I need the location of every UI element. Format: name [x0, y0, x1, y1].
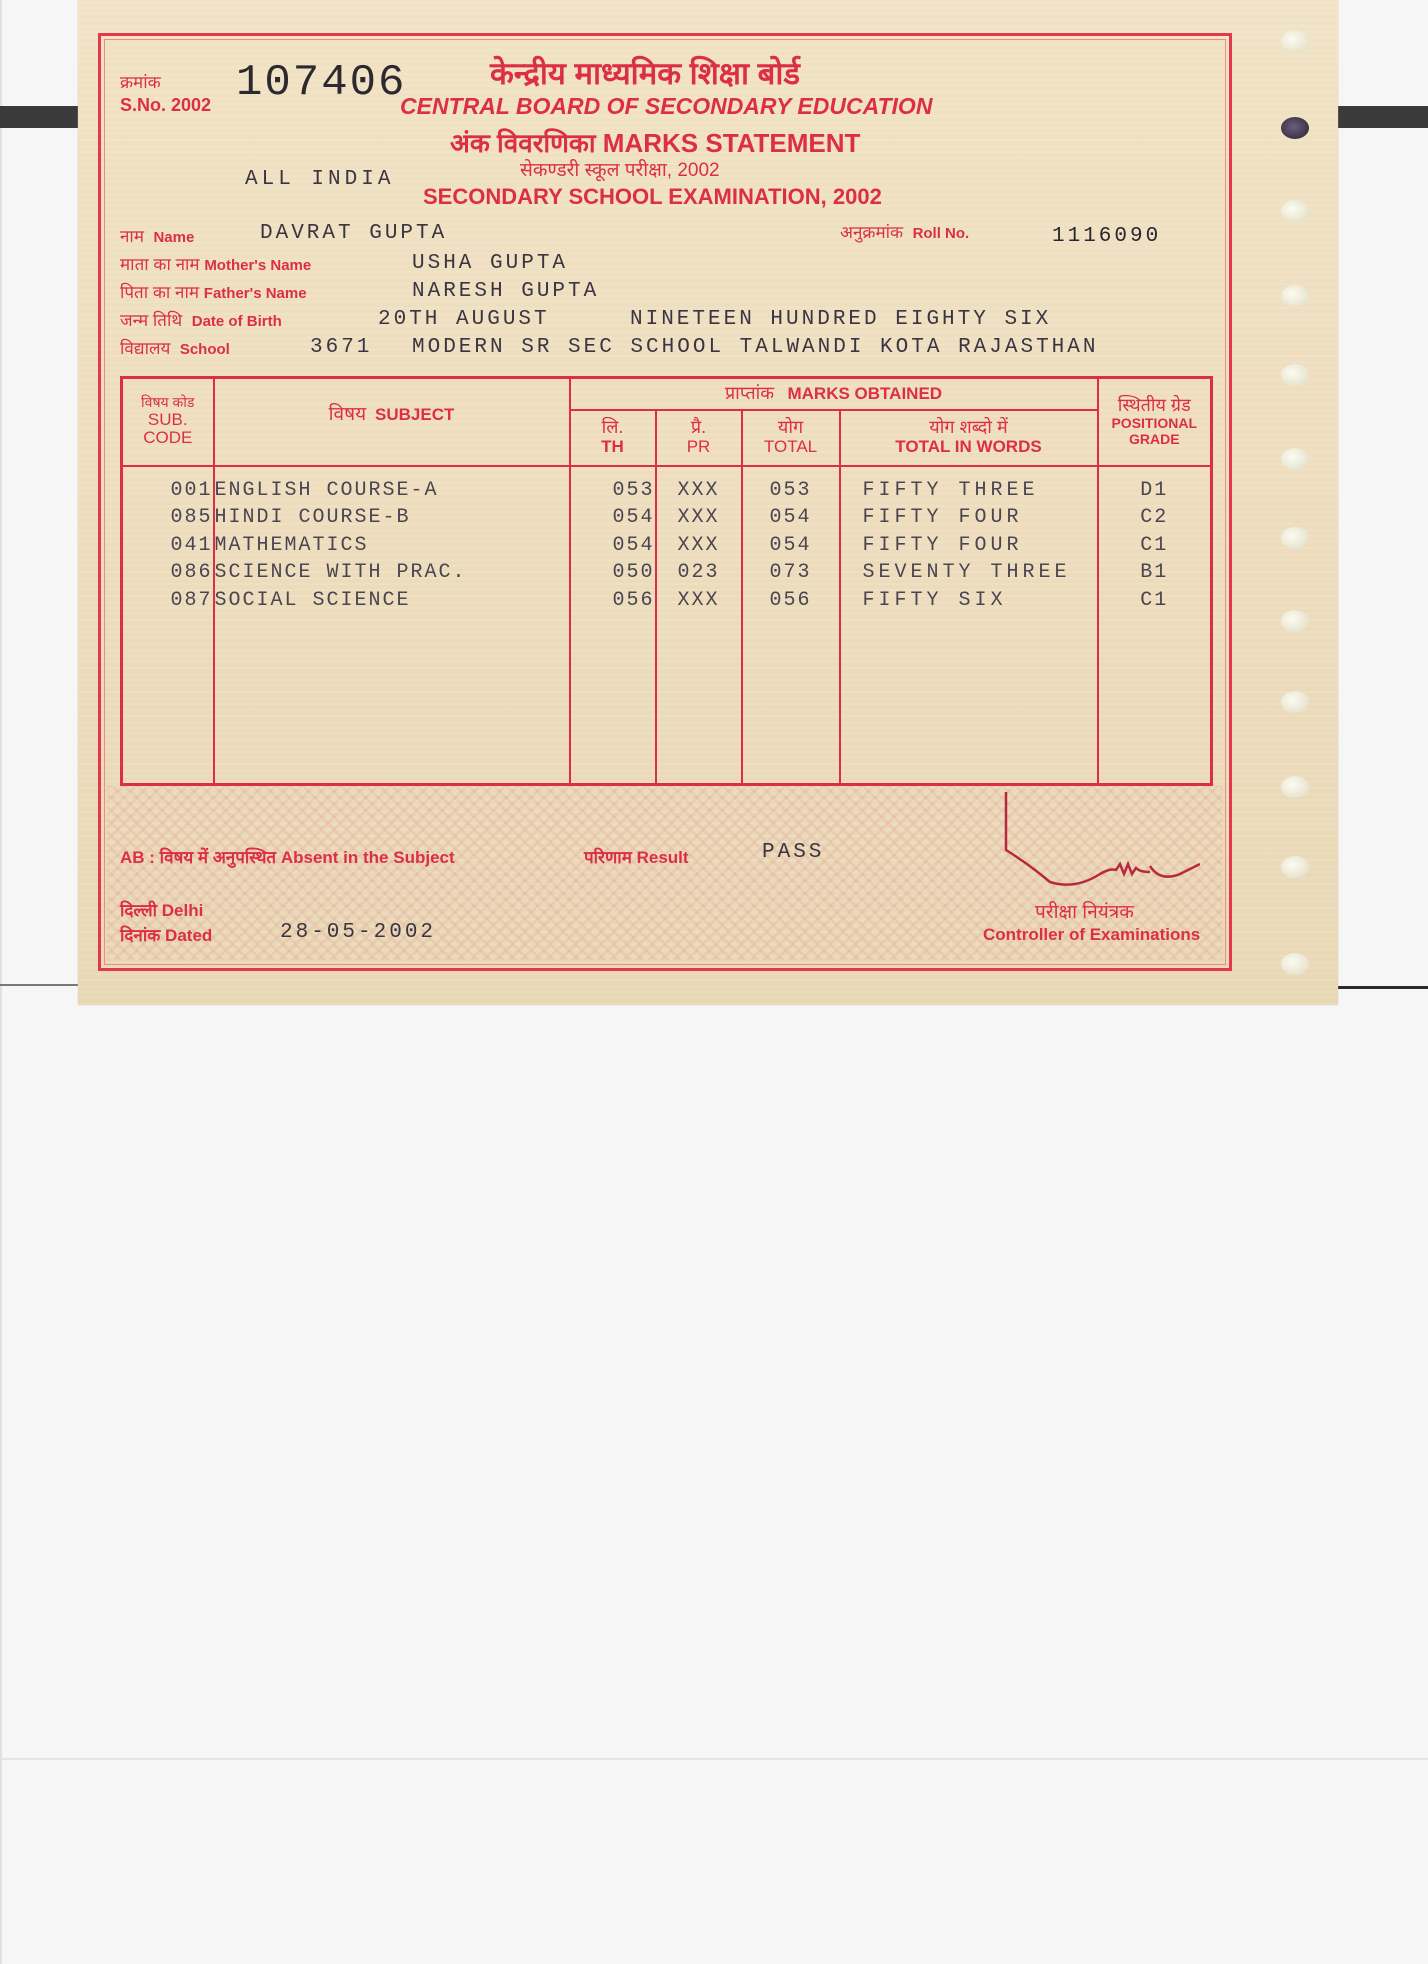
cell-words: SEVENTY THREE [863, 559, 1097, 587]
father-label-hi: पिता का नाम [120, 283, 199, 302]
header-pr: प्रै. PR [656, 410, 742, 466]
header-marks-en: MARKS OBTAINED [787, 384, 942, 403]
punch-hole-icon [1281, 691, 1309, 713]
column-sub-code: 001 085 041 086 087 [122, 466, 214, 785]
cell-th: 053 [571, 477, 655, 505]
dob-label: जन्म तिथि Date of Birth [120, 308, 282, 331]
cell-code: 087 [123, 587, 213, 615]
cell-th: 054 [571, 532, 655, 560]
column-pr: XXX XXX XXX 023 XXX [656, 466, 742, 785]
header-total: योग TOTAL [742, 410, 840, 466]
result-label: परिणाम Result [584, 845, 689, 868]
cell-grade: C1 [1099, 532, 1211, 560]
scanner-bar-right [1338, 106, 1428, 128]
punch-hole-icon [1281, 527, 1309, 549]
header-grade-en1: POSITIONAL [1099, 416, 1211, 431]
column-subject: ENGLISH COURSE-A HINDI COURSE-B MATHEMAT… [214, 466, 570, 785]
cell-total: 073 [743, 559, 839, 587]
dob-label-en: Date of Birth [192, 313, 282, 330]
scanner-bar-left [0, 106, 80, 128]
punch-hole-icon [1281, 117, 1309, 139]
header-sub-code: विषय कोड SUB. CODE [122, 378, 214, 466]
cell-words: FIFTY SIX [863, 587, 1097, 615]
absent-note: AB : विषय में अनुपस्थित Absent in the Su… [120, 845, 455, 868]
header-th-en: TH [571, 438, 655, 457]
cell-grade: D1 [1099, 477, 1211, 505]
marks-table: विषय कोड SUB. CODE विषय SUBJECT प्राप्ता… [120, 376, 1213, 786]
punch-hole-icon [1281, 448, 1309, 470]
cell-th: 056 [571, 587, 655, 615]
cell-pr: XXX [657, 504, 741, 532]
mother-label-hi: माता का नाम [120, 255, 200, 274]
cell-subject: SCIENCE WITH PRAC. [215, 559, 569, 587]
scan-edge [0, 0, 2, 1964]
board-name-en: CENTRAL BOARD OF SECONDARY EDUCATION [400, 93, 932, 120]
header-grade-hi: स्थितीय ग्रेड [1099, 396, 1211, 416]
header-subject: विषय SUBJECT [214, 378, 570, 466]
roll-label-en: Roll No. [913, 225, 970, 242]
serial-label-en: S.No. 2002 [120, 95, 211, 116]
scanner-line-bottom-left [0, 984, 80, 986]
cell-words: FIFTY THREE [863, 477, 1097, 505]
dated-label: दिनांक Dated [120, 923, 212, 946]
header-marks-obtained: प्राप्तांक MARKS OBTAINED [570, 378, 1098, 410]
mother-name: USHA GUPTA [412, 252, 568, 275]
board-name-hi: केन्द्रीय माध्यमिक शिक्षा बोर्ड [490, 52, 800, 94]
name-label: नाम Name [120, 224, 194, 247]
date-value: 28-05-2002 [280, 921, 436, 944]
mother-label: माता का नाम Mother's Name [120, 252, 311, 275]
header-words-en: TOTAL IN WORDS [841, 438, 1097, 457]
cell-subject: MATHEMATICS [215, 532, 569, 560]
father-label: पिता का नाम Father's Name [120, 280, 307, 303]
punch-hole-icon [1281, 30, 1309, 52]
father-label-en: Father's Name [204, 285, 307, 302]
name-label-en: Name [153, 229, 194, 246]
cell-grade: B1 [1099, 559, 1211, 587]
column-grade: D1 C2 C1 B1 C1 [1098, 466, 1212, 785]
cell-th: 050 [571, 559, 655, 587]
dob-label-hi: जन्म तिथि [120, 311, 182, 330]
punch-hole-icon [1281, 285, 1309, 307]
serial-label-hi: क्रमांक [120, 70, 161, 93]
header-subject-en: SUBJECT [375, 405, 454, 424]
cell-pr: XXX [657, 532, 741, 560]
cell-subject: HINDI COURSE-B [215, 504, 569, 532]
header-grade-en2: GRADE [1099, 432, 1211, 447]
mother-label-en: Mother's Name [204, 257, 311, 274]
school-label: विद्यालय School [120, 336, 230, 359]
cell-grade: C1 [1099, 587, 1211, 615]
cell-code: 086 [123, 559, 213, 587]
header-pr-hi: प्रै. [657, 418, 741, 438]
controller-title-hi: परीक्षा नियंत्रक [1035, 898, 1134, 924]
exam-name-en: SECONDARY SCHOOL EXAMINATION, 2002 [423, 184, 882, 210]
student-name: DAVRAT GUPTA [260, 222, 447, 245]
scan-divider [0, 1758, 1428, 1760]
cell-total: 056 [743, 587, 839, 615]
cell-code: 041 [123, 532, 213, 560]
punch-hole-icon [1281, 610, 1309, 632]
school-name: MODERN SR SEC SCHOOL TALWANDI KOTA RAJAS… [412, 336, 1099, 359]
roll-number: 1116090 [1052, 225, 1161, 248]
header-th: लि. TH [570, 410, 656, 466]
header-total-words: योग शब्दो में TOTAL IN WORDS [840, 410, 1098, 466]
dob-value: 20TH AUGUST [378, 308, 550, 331]
roll-label-hi: अनुक्रमांक [840, 223, 903, 242]
exam-name-hi: सेकण्डरी स्कूल परीक्षा, 2002 [520, 156, 720, 182]
header-total-en: TOTAL [743, 438, 839, 457]
punch-hole-icon [1281, 953, 1309, 975]
cell-subject: SOCIAL SCIENCE [215, 587, 569, 615]
header-positional-grade: स्थितीय ग्रेड POSITIONAL GRADE [1098, 378, 1212, 466]
dob-year-words: NINETEEN HUNDRED EIGHTY SIX [630, 308, 1051, 331]
header-total-hi: योग [743, 418, 839, 438]
document-title: अंक विवरणिका MARKS STATEMENT [450, 124, 860, 160]
controller-title-en: Controller of Examinations [983, 925, 1200, 945]
punch-hole-icon [1281, 364, 1309, 386]
signature-icon [1000, 790, 1200, 890]
header-subject-hi: विषय [329, 404, 367, 425]
header-code-hi: विषय कोड [123, 395, 213, 410]
column-total-words: FIFTY THREE FIFTY FOUR FIFTY FOUR SEVENT… [840, 466, 1098, 785]
name-label-hi: नाम [120, 227, 144, 246]
cell-grade: C2 [1099, 504, 1211, 532]
punch-hole-icon [1281, 856, 1309, 878]
region: ALL INDIA [245, 168, 394, 191]
column-total: 053 054 054 073 056 [742, 466, 840, 785]
header-pr-en: PR [657, 438, 741, 457]
cell-total: 054 [743, 532, 839, 560]
cell-pr: XXX [657, 477, 741, 505]
result-value: PASS [762, 841, 824, 864]
header-words-hi: योग शब्दो में [841, 418, 1097, 438]
roll-label: अनुक्रमांक Roll No. [840, 220, 969, 243]
punch-hole-icon [1281, 200, 1309, 222]
cell-pr: XXX [657, 587, 741, 615]
scanner-line-bottom-right [1335, 986, 1428, 989]
cell-total: 053 [743, 477, 839, 505]
cell-code: 085 [123, 504, 213, 532]
cell-subject: ENGLISH COURSE-A [215, 477, 569, 505]
header-marks-hi: प्राप्तांक [725, 383, 774, 403]
cell-pr: 023 [657, 559, 741, 587]
header-code-en2: CODE [123, 429, 213, 448]
header-code-en1: SUB. [123, 411, 213, 430]
cell-words: FIFTY FOUR [863, 504, 1097, 532]
cell-code: 001 [123, 477, 213, 505]
header-th-hi: लि. [571, 418, 655, 438]
school-code: 3671 [310, 336, 372, 359]
cell-th: 054 [571, 504, 655, 532]
punch-hole-icon [1281, 776, 1309, 798]
place-label: दिल्ली Delhi [120, 898, 203, 921]
father-name: NARESH GUPTA [412, 280, 599, 303]
cell-total: 054 [743, 504, 839, 532]
serial-number: 107406 [236, 58, 406, 108]
column-th: 053 054 054 050 056 [570, 466, 656, 785]
school-label-en: School [180, 341, 230, 358]
school-label-hi: विद्यालय [120, 339, 170, 358]
cell-words: FIFTY FOUR [863, 532, 1097, 560]
